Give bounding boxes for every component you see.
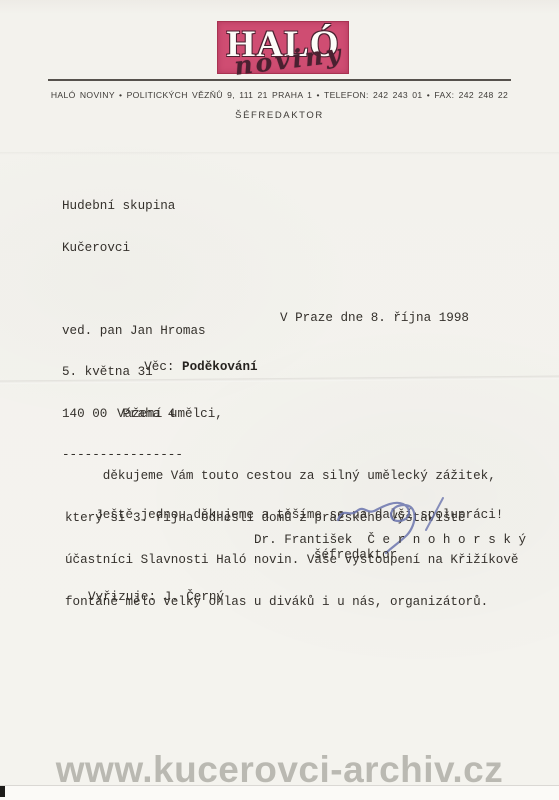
halo-noviny-logo: HALÓ noviny [217, 21, 349, 74]
recipient-line: Kučerovci [62, 242, 206, 256]
subject-line: Věc: Poděkování [114, 346, 258, 388]
recipient-line [62, 283, 206, 297]
handled-by-line: Vyřizuje: J. Černý [88, 590, 224, 604]
editor-role-label: ŠÉFREDAKTOR [0, 110, 559, 121]
body-line: děkujeme Vám touto cestou za silný uměle… [65, 469, 518, 483]
contact-info-line: HALÓ NOVINY • POLITICKÝCH VĚZŇŮ 9, 111 2… [0, 90, 559, 100]
letter-page: HALÓ noviny HALÓ NOVINY • POLITICKÝCH VĚ… [0, 0, 559, 800]
signatory-name: Dr. František Č e r n o h o r s k ý [254, 533, 526, 547]
subject-value: Poděkování [182, 360, 258, 374]
date-line: V Praze dne 8. října 1998 [280, 311, 469, 325]
recipient-line: Hudební skupina [62, 200, 206, 214]
recipient-line: ved. pan Jan Hromas [62, 325, 206, 339]
header-divider [48, 79, 511, 81]
subject-label: Věc: [144, 360, 182, 374]
scan-artifact-mark [0, 786, 5, 797]
signatory-role: šéfredaktor [314, 548, 397, 562]
salutation: Vážení umělci, [117, 407, 223, 421]
scan-bottom-edge [0, 785, 559, 800]
paper-crease-upper [0, 152, 559, 155]
